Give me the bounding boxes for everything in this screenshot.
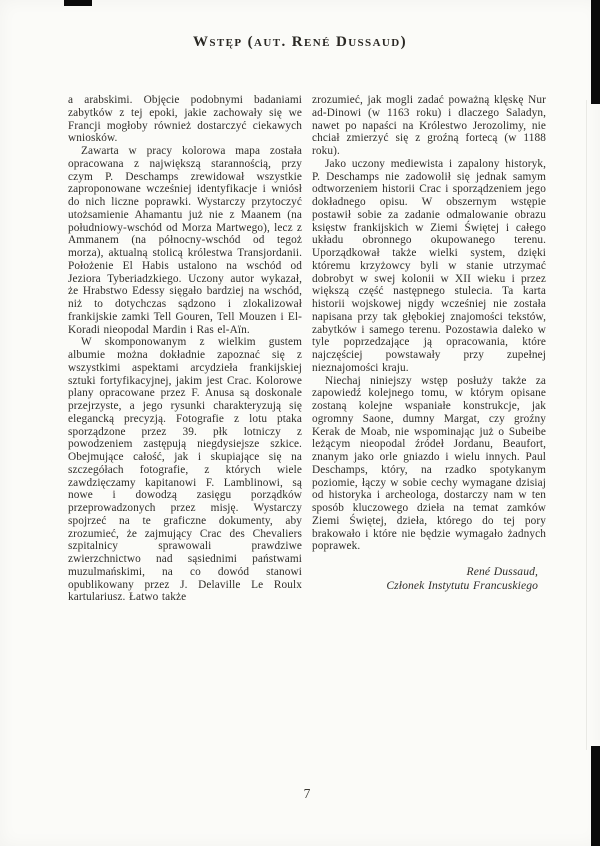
chapter-header: Wstęp (aut. René Dussaud) xyxy=(0,34,600,51)
paragraph: W skomponowanym z wielkim gustem albumie… xyxy=(68,336,302,604)
paragraph-continuation: zrozumieć, jak mogli zadać poważną klęsk… xyxy=(312,94,546,158)
scan-artifact-top-right xyxy=(591,0,600,104)
signature-title: Członek Instytutu Francuskiego xyxy=(312,579,538,593)
scan-artifact-top-left xyxy=(64,0,92,6)
scanned-book-page: Wstęp (aut. René Dussaud) a arabskimi. O… xyxy=(0,0,600,846)
paragraph: Niechaj niniejszy wstęp posłuży także za… xyxy=(312,375,546,554)
column-left: a arabskimi. Objęcie podobnymi badaniami… xyxy=(68,94,302,604)
text-columns: a arabskimi. Objęcie podobnymi badaniami… xyxy=(68,94,546,604)
column-right: zrozumieć, jak mogli zadać poważną klęsk… xyxy=(312,94,546,604)
page-edge-shadow xyxy=(586,100,587,750)
paragraph: Jako uczony mediewista i zapalony histor… xyxy=(312,158,546,375)
paragraph-continuation: a arabskimi. Objęcie podobnymi badaniami… xyxy=(68,94,302,145)
signature-block: René Dussaud, Członek Instytutu Francusk… xyxy=(312,565,546,592)
paragraph: Zawarta w pracy kolorowa mapa została op… xyxy=(68,145,302,336)
signature-name: René Dussaud, xyxy=(312,565,538,579)
page-number: 7 xyxy=(68,786,546,802)
scan-artifact-bottom-right xyxy=(591,746,600,846)
